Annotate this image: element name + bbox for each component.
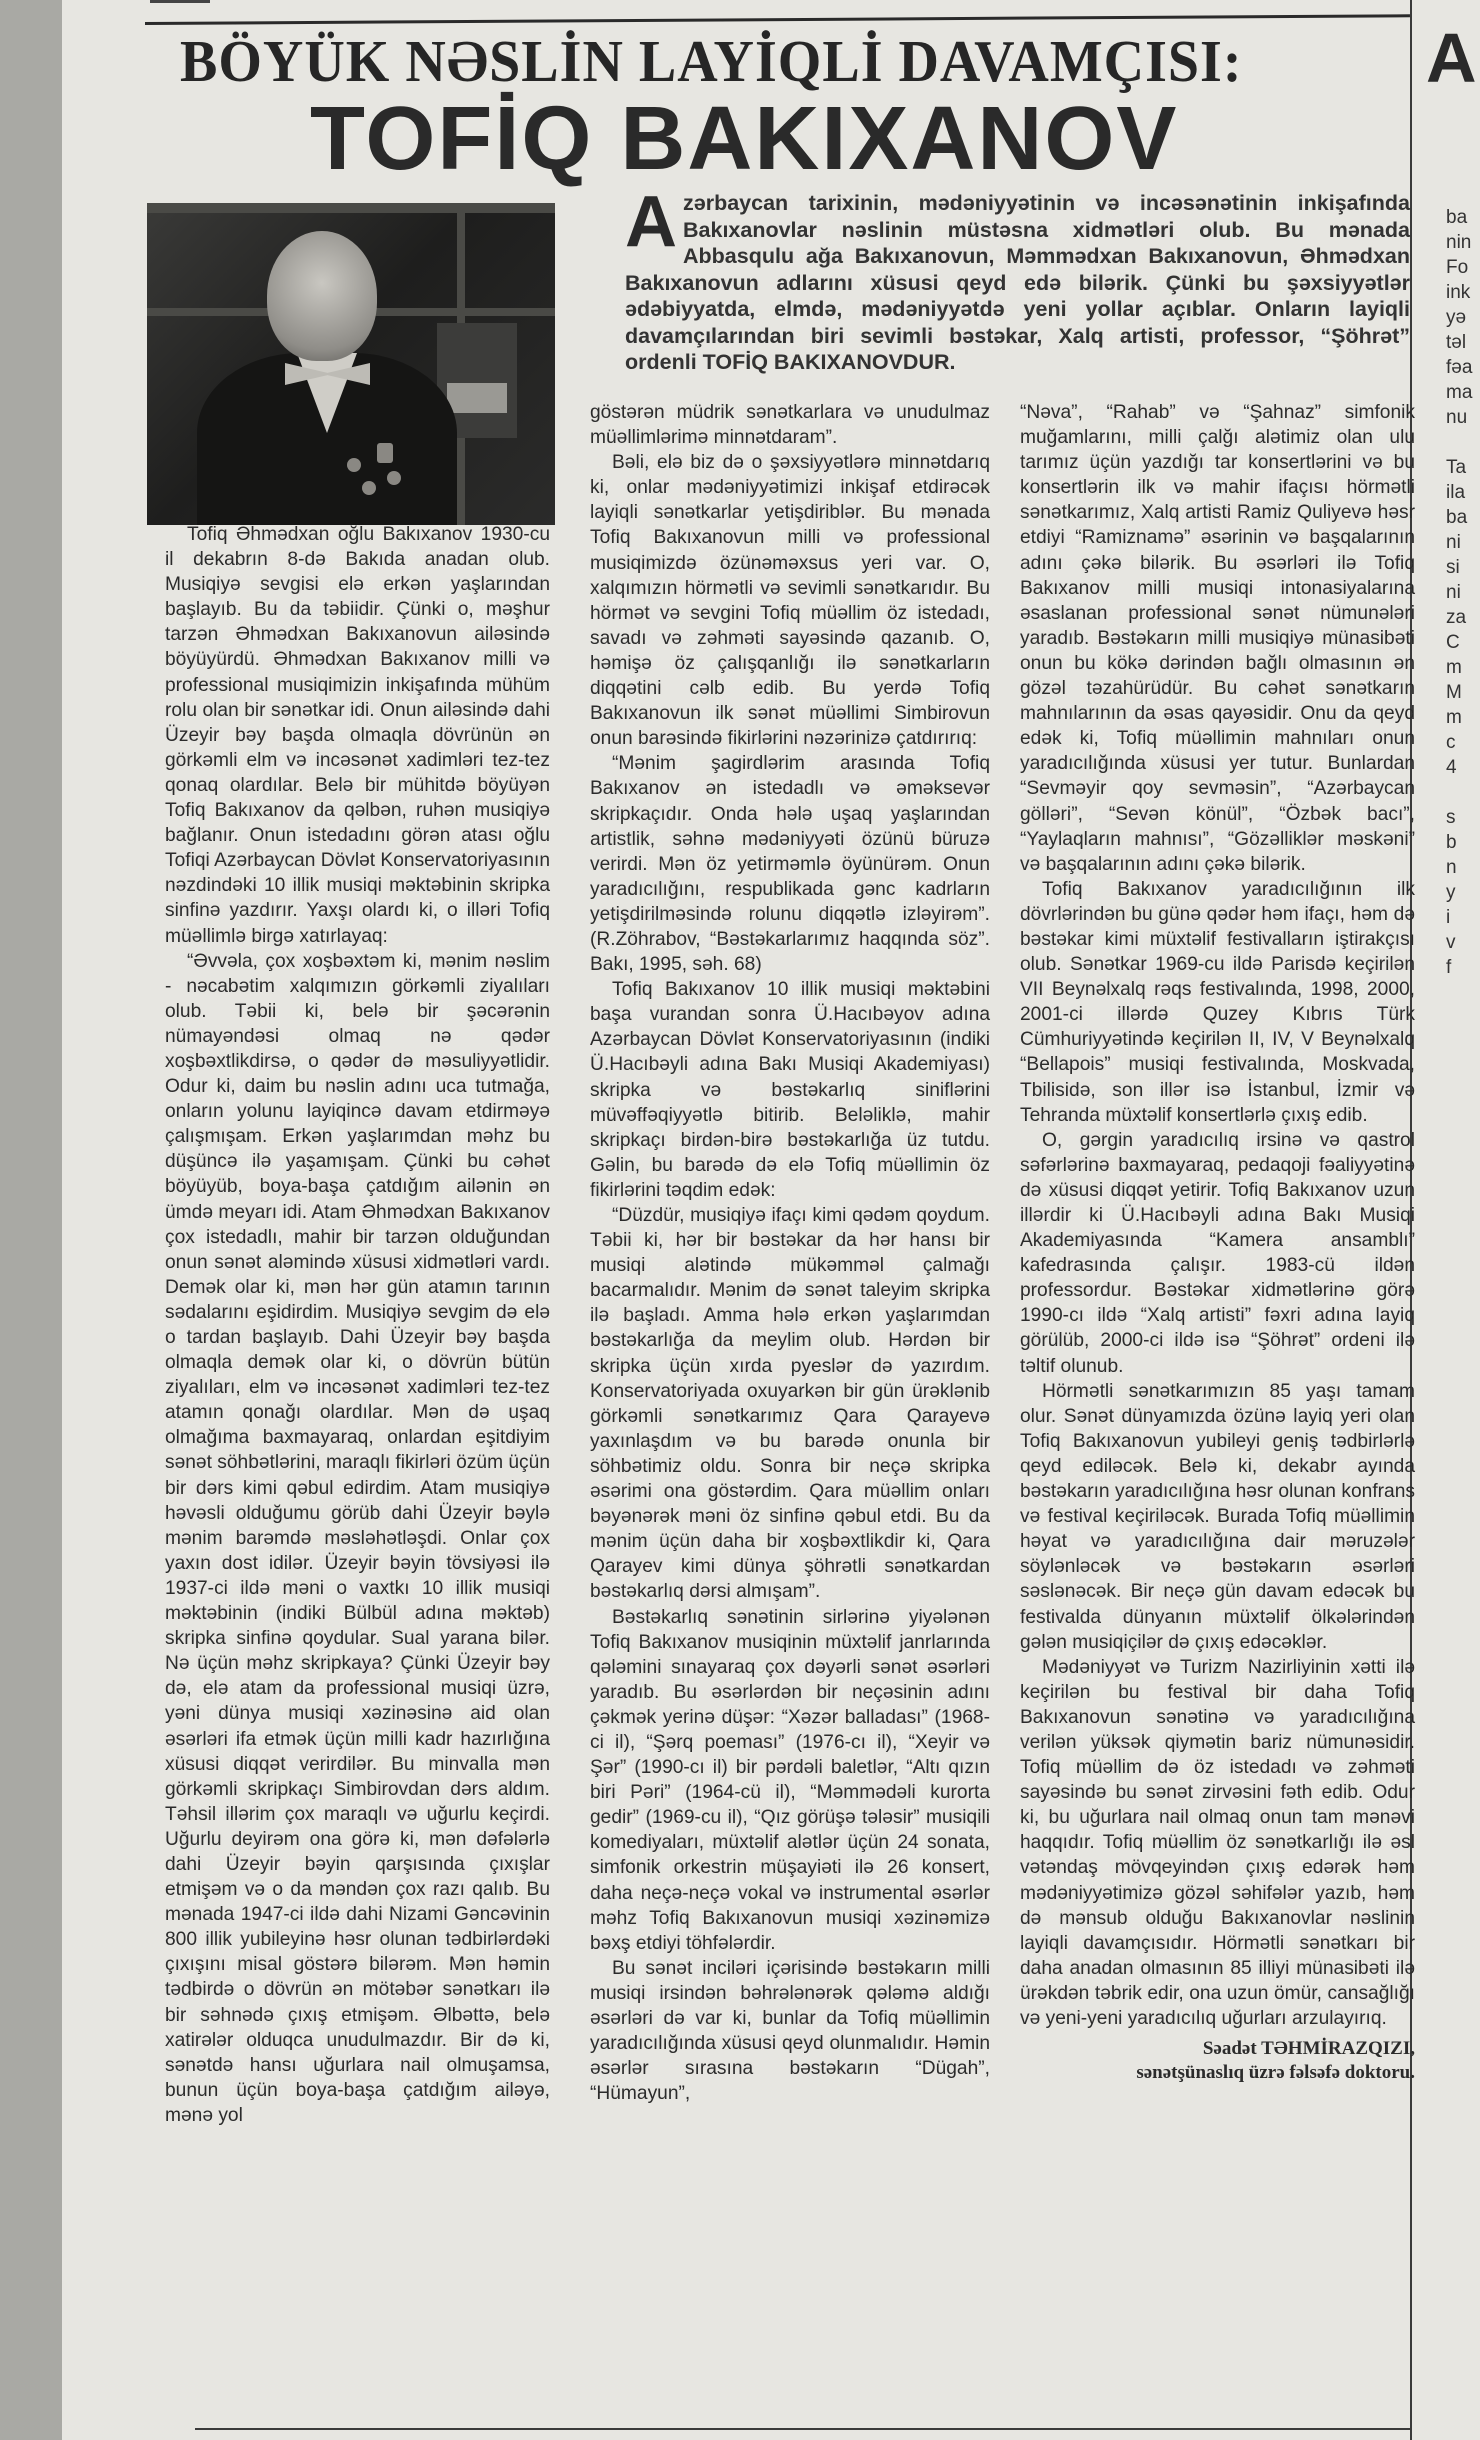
column-3: “Nəva”, “Rahab” və “Şahnaz” simfonik muğ… bbox=[1020, 400, 1415, 2085]
adjacent-text-fragment: ba nin Fo ink yə təl fəa ma nu Ta ila ba… bbox=[1446, 180, 1472, 980]
headline-kicker: BÖYÜK NƏSLİN LAYİQLİ DAVAMÇISI: bbox=[180, 28, 1380, 95]
adjacent-headline-fragment: A bbox=[1426, 18, 1477, 98]
portrait-photo bbox=[147, 203, 555, 525]
paragraph: Tofiq Bakıxanov yaradıcılığının ilk dövr… bbox=[1020, 877, 1415, 1128]
bottom-rule bbox=[195, 2428, 1410, 2430]
photo-shelf-top bbox=[147, 203, 555, 213]
paragraph: Mədəniyyət və Turizm Nazirliyinin xətti … bbox=[1020, 1655, 1415, 2031]
medal-icon bbox=[362, 481, 376, 495]
paragraph: göstərən müdrik sənətkarlara və unudulma… bbox=[590, 400, 990, 450]
photo-face bbox=[267, 231, 377, 361]
paragraph: O, gərgin yaradıcılıq irsinə və qastrol … bbox=[1020, 1128, 1415, 1379]
column-1: Tofiq Əhmədxan oğlu Bakıxanov 1930-cu il… bbox=[165, 522, 550, 2128]
photo-book-label bbox=[447, 383, 507, 413]
headline-main: TOFİQ BAKIXANOV bbox=[310, 88, 1310, 191]
header-stub-rule bbox=[150, 0, 210, 3]
medal-icon bbox=[347, 458, 361, 472]
adjacent-article-column: A ba nin Fo ink yə təl fəa ma nu Ta ila … bbox=[1418, 0, 1480, 2440]
medal-icon bbox=[377, 443, 393, 463]
paragraph: “Mənim şagirdlərim arasında Tofiq Bakıxa… bbox=[590, 751, 990, 977]
paragraph: Bəli, elə biz də o şəxsiyyətlərə minnətd… bbox=[590, 450, 990, 751]
paragraph: Tofiq Bakıxanov 10 illik musiqi məktəbin… bbox=[590, 977, 990, 1203]
drop-cap: A bbox=[625, 192, 677, 252]
column-2: göstərən müdrik sənətkarlara və unudulma… bbox=[590, 400, 990, 2106]
byline: Səadət TƏHMİRAZQIZI, sənətşünaslıq üzrə … bbox=[1020, 2037, 1415, 2085]
paragraph: Hörmətli sənətkarımızın 85 yaşı tamam ol… bbox=[1020, 1379, 1415, 1655]
paragraph: “Nəva”, “Rahab” və “Şahnaz” simfonik muğ… bbox=[1020, 400, 1415, 877]
paragraph: “Düzdür, musiqiyə ifaçı kimi qədəm qoydu… bbox=[590, 1203, 990, 1605]
paragraph: Tofiq Əhmədxan oğlu Bakıxanov 1930-cu il… bbox=[165, 522, 550, 949]
page-margin-shadow bbox=[0, 0, 62, 2440]
medal-icon bbox=[387, 471, 401, 485]
lead-paragraph: A zərbaycan tarixinin, mədəniyyətinin və… bbox=[625, 190, 1410, 376]
paragraph: Bəstəkarlıq sənətinin sirlərinə yiyələnə… bbox=[590, 1605, 990, 1956]
lead-text: zərbaycan tarixinin, mədəniyyətinin və i… bbox=[625, 191, 1410, 374]
paragraph: “Əvvəla, çox xoşbəxtəm ki, mənim nəslim … bbox=[165, 949, 550, 2128]
paragraph: Bu sənət inciləri içərisində bəstəkarın … bbox=[590, 1956, 990, 2107]
author-name: Səadət TƏHMİRAZQIZI, bbox=[1020, 2037, 1415, 2061]
author-title: sənətşünaslıq üzrə fəlsəfə doktoru. bbox=[1020, 2061, 1415, 2085]
